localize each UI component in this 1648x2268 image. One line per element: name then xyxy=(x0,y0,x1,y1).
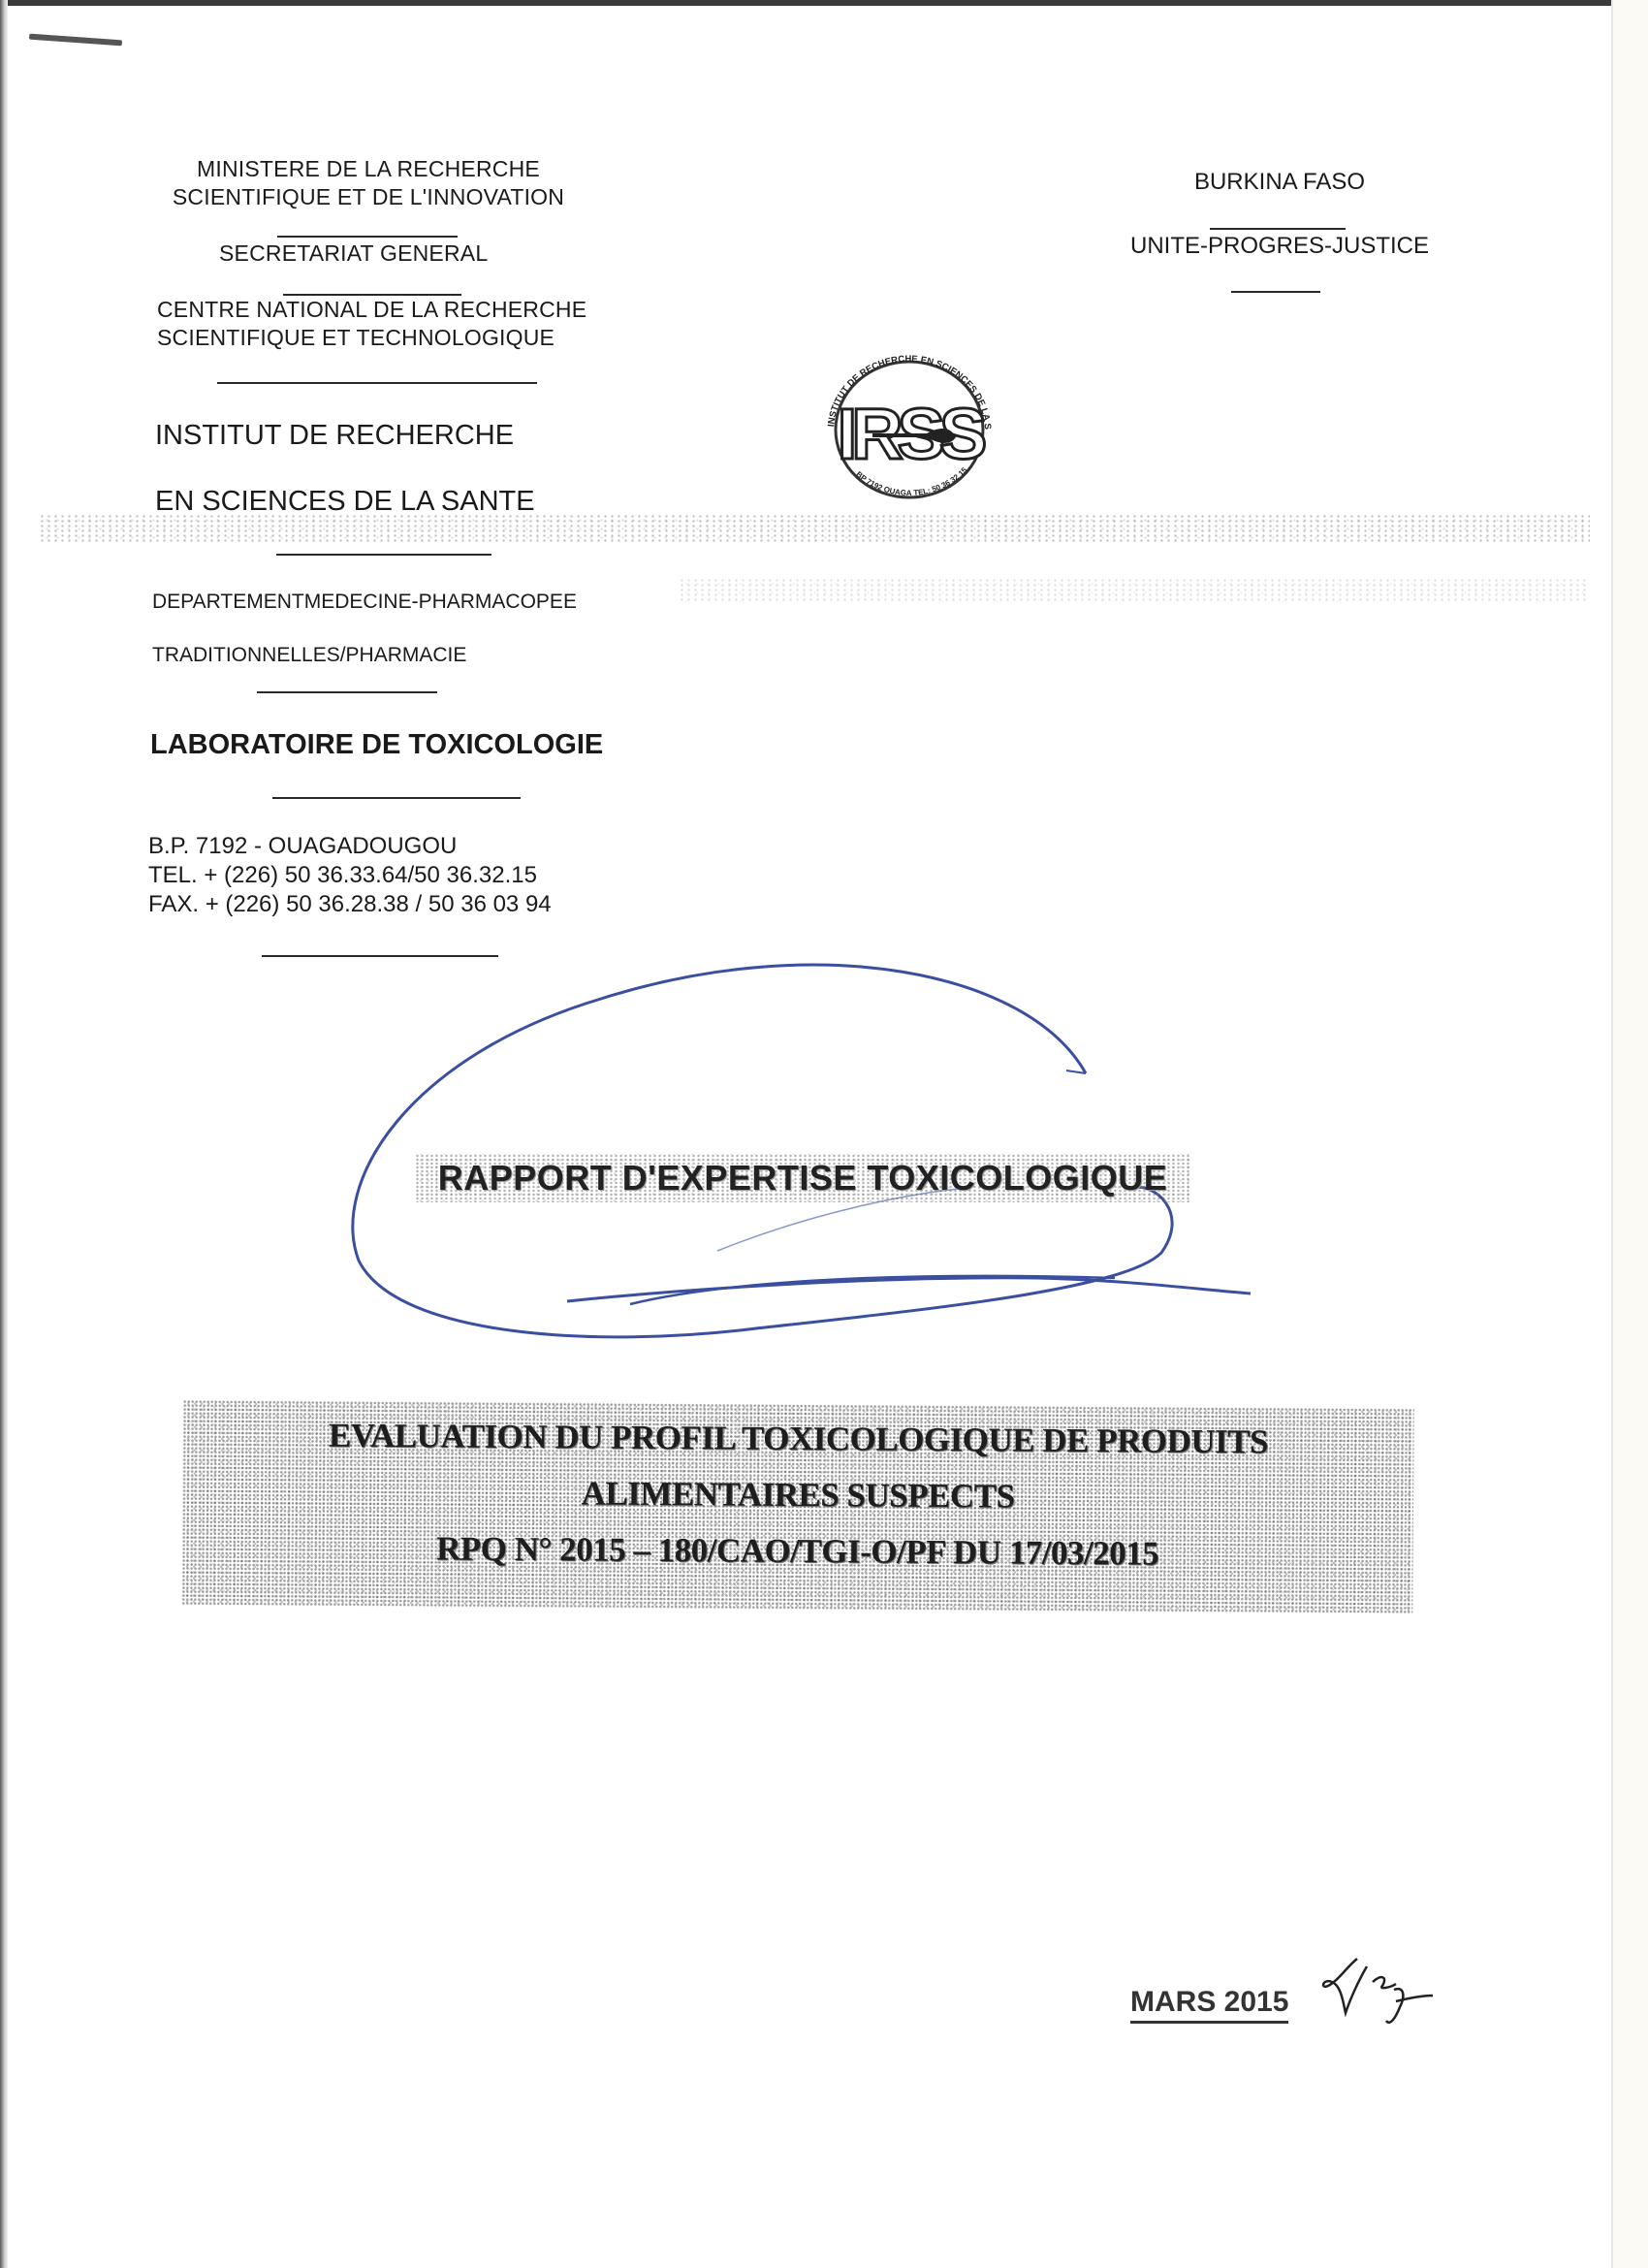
country-name: BURKINA FASO xyxy=(1125,168,1435,197)
divider xyxy=(276,554,491,556)
evaluation-subject-box: EVALUATION DU PROFIL TOXICOLOGIQUE DE PR… xyxy=(181,1400,1413,1614)
divider xyxy=(217,382,537,384)
evaluation-reference: RPQ N° 2015 – 180/CAO/TGI-O/PF DU 17/03/… xyxy=(182,1528,1413,1576)
divider xyxy=(1231,291,1320,293)
scan-border-right xyxy=(1611,0,1648,2268)
centre-name: CENTRE NATIONAL DE LA RECHERCHE SCIENTIF… xyxy=(157,296,586,352)
ministry-line-1: MINISTERE DE LA RECHERCHE xyxy=(155,155,582,183)
evaluation-line-1: EVALUATION DU PROFIL TOXICOLOGIQUE DE PR… xyxy=(182,1416,1413,1463)
scan-noise xyxy=(39,514,1590,543)
scan-mark xyxy=(29,34,122,47)
divider xyxy=(1210,228,1346,230)
institute-line-2: EN SCIENCES DE LA SANTE xyxy=(155,485,535,518)
department-line-1: DEPARTEMENTMEDECINE-PHARMACOPEE xyxy=(152,590,577,615)
evaluation-line-2: ALIMENTAIRES SUSPECTS xyxy=(182,1472,1413,1519)
divider xyxy=(257,691,437,693)
department-line-2: TRADITIONNELLES/PHARMACIE xyxy=(152,643,466,668)
ministry-name: MINISTERE DE LA RECHERCHE SCIENTIFIQUE E… xyxy=(155,155,582,211)
laboratory-name: LABORATOIRE DE TOXICOLOGIE xyxy=(150,728,603,761)
telephone: TEL. + (226) 50 36.33.64/50 36.32.15 xyxy=(148,861,552,890)
divider xyxy=(272,797,521,799)
signature-initials-icon xyxy=(1318,1957,1444,2034)
centre-line-2: SCIENTIFIQUE ET TECHNOLOGIQUE xyxy=(157,324,586,352)
ministry-line-2: SCIENTIFIQUE ET DE L'INNOVATION xyxy=(155,183,582,211)
divider xyxy=(277,236,458,238)
institute-line-1: INSTITUT DE RECHERCHE xyxy=(155,419,514,452)
postal-address: B.P. 7192 - OUAGADOUGOU xyxy=(148,832,552,861)
divider xyxy=(262,955,498,957)
centre-line-1: CENTRE NATIONAL DE LA RECHERCHE xyxy=(157,296,586,324)
secretariat-general: SECRETARIAT GENERAL xyxy=(219,240,488,268)
report-date: MARS 2015 xyxy=(1130,1986,1288,2024)
scan-noise xyxy=(679,578,1590,601)
fax: FAX. + (226) 50 36.28.38 / 50 36 03 94 xyxy=(148,890,552,919)
scan-border-top xyxy=(0,0,1648,6)
report-title: RAPPORT D'EXPERTISE TOXICOLOGIQUE xyxy=(415,1154,1190,1202)
contact-block: B.P. 7192 - OUAGADOUGOU TEL. + (226) 50 … xyxy=(148,832,552,919)
irss-seal-logo-icon: INSTITUT DE RECHERCHE EN SCIENCES DE LA … xyxy=(812,344,1006,499)
national-motto: UNITE-PROGRES-JUSTICE xyxy=(1095,232,1464,261)
scan-border-left xyxy=(0,0,8,2268)
